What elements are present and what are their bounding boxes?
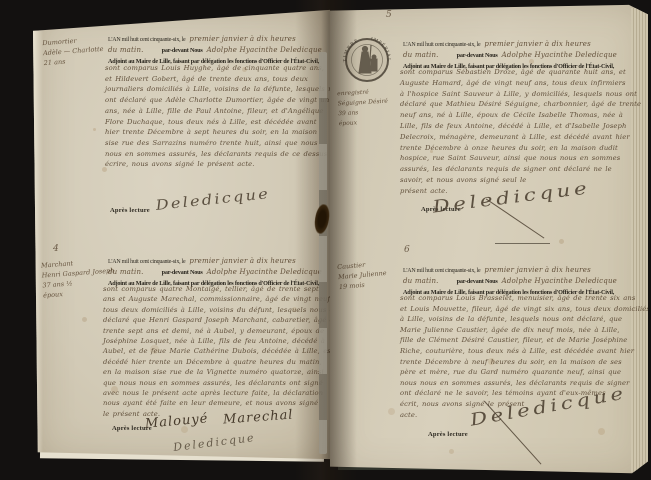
entry3-header-line1: L'AN mil huit cent cinquante-six, le pre… bbox=[108, 28, 296, 39]
margin-note-entry-6: Caustier Marie Julienne 19 mois bbox=[337, 258, 388, 292]
entry4-signature-3: Deledicque bbox=[173, 431, 257, 454]
binding-tape bbox=[319, 52, 327, 454]
entry3-header-line3: Adjoint au Maire de Lille, faisant par d… bbox=[108, 50, 319, 61]
entry4-header-line2: du matin. par-devant Nous Adolphe Hyacin… bbox=[108, 261, 322, 272]
margin-note-entry-5: enregistré Séguigne Désiré 39 ans époux bbox=[337, 87, 389, 130]
entry-number-4: 4 bbox=[53, 244, 59, 254]
entry6-apres-lecture: Après lecture bbox=[428, 431, 468, 438]
entry3-signature: Deledicque bbox=[155, 186, 271, 214]
entry3-body: sont comparus Louis Huyghe, âgé de cinqu… bbox=[105, 63, 323, 170]
entry-number-5: 5 bbox=[386, 10, 392, 20]
entry5-header-line1: L'AN mil huit cent cinquante-six, le pre… bbox=[403, 33, 591, 44]
entry4-header-line1: L'AN mil huit cent cinquante-six, le pre… bbox=[108, 250, 296, 261]
entry5-body: sont comparus Sébastien Droze, âgé de qu… bbox=[400, 67, 645, 197]
right-page: 5 TIMBRE IMPÉRIAL enregistré Séguig bbox=[330, 2, 648, 478]
entry-number-6: 6 bbox=[404, 245, 410, 255]
entry-number-3: 3 bbox=[57, 18, 63, 28]
entry6-header-line1: L'AN mil huit cent cinquante-six, le pre… bbox=[403, 259, 591, 270]
timbre-imperial-stamp: TIMBRE IMPÉRIAL bbox=[342, 35, 392, 85]
left-page: 3 Dumortier Adèle — Charlotte 21 ans L'A… bbox=[33, 8, 330, 466]
entry3-apres-lecture: Après lecture bbox=[110, 207, 150, 214]
entry4-header-line3: Adjoint au Maire de Lille, faisant par d… bbox=[108, 272, 319, 283]
entry5-header-line2: du matin. par-devant Nous Adolphe Hyacin… bbox=[403, 44, 617, 55]
margin-note-entry-3: Dumortier Adèle — Charlotte 21 ans bbox=[42, 34, 104, 68]
foxing-spots bbox=[93, 128, 96, 131]
entry6-header-line2: du matin. par-devant Nous Adolphe Hyacin… bbox=[403, 270, 617, 281]
entry3-header-line2: du matin. par-devant Nous Adolphe Hyacin… bbox=[108, 39, 322, 50]
register-scan: 3 Dumortier Adèle — Charlotte 21 ans L'A… bbox=[0, 0, 651, 480]
entry6-header-line3: Adjoint au Maire de Lille, faisant par d… bbox=[403, 281, 614, 292]
entry-divider bbox=[495, 243, 550, 244]
entry5-header-line3: Adjoint au Maire de Lille, faisant par d… bbox=[403, 55, 614, 66]
entry4-body: sont comparus quatre Montaigé, tellier, … bbox=[103, 284, 323, 419]
